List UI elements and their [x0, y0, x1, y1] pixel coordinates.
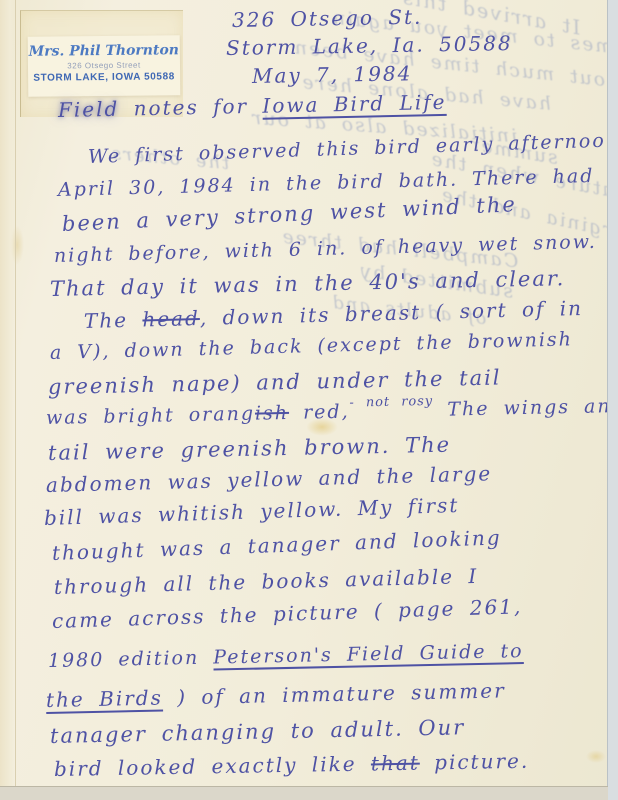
text-segment: picture.	[420, 749, 530, 775]
label-name: Mrs. Phil Thornton	[28, 42, 180, 60]
letter-line-16: 1980 edition Peterson's Field Guide to	[48, 640, 524, 672]
letter-line-10: tail were greenish brown. The	[48, 433, 452, 465]
text-segment: was bright orang	[46, 403, 255, 429]
address-line-1: 326 Otsego St.	[232, 5, 423, 32]
letter-scan: It arrived thismany times to meet you ag…	[0, 0, 618, 800]
text-segment: ) of an immature summer	[163, 678, 506, 709]
text-segment: greenish nape) and under the tail	[48, 366, 502, 399]
letter-line-13: thought was a tanager and looking	[52, 525, 502, 565]
address-line-2: Storm Lake, Ia. 50588	[226, 31, 513, 60]
text-segment: - not rosy	[349, 394, 433, 411]
text-segment: Peterson's Field Guide to	[213, 640, 524, 668]
page-edge-left	[0, 0, 16, 800]
letter-line-12: bill was whitish yellow. My first	[44, 493, 460, 530]
text-segment: tanager changing to adult. Our	[50, 715, 466, 748]
text-segment: bird looked exactly like	[54, 751, 371, 781]
text-segment: came across the picture ( page 261,	[52, 594, 523, 633]
paper-stain	[586, 750, 606, 763]
letter-line-17: the Birds ) of an immature summer	[46, 678, 506, 712]
text-segment: that	[371, 751, 420, 776]
label-city: STORM LAKE, IOWA 50588	[28, 71, 180, 84]
text-segment: Iowa Bird Life	[262, 90, 447, 118]
letter-line-14: through all the books available I	[54, 564, 479, 599]
letter-line-11: abdomen was yellow and the large	[46, 461, 493, 497]
text-segment: through all the books available I	[54, 564, 479, 599]
text-segment: red,	[289, 401, 350, 424]
text-segment: ish	[255, 402, 290, 425]
text-segment: The wings and	[433, 395, 618, 421]
text-segment: thought was a tanager and looking	[52, 525, 502, 565]
text-segment: the Birds	[46, 686, 163, 712]
text-segment: a V), down the back (except the brownish	[50, 328, 573, 364]
text-segment: tail were greenish brown. The	[48, 433, 452, 465]
text-segment: 1980 edition	[48, 647, 214, 672]
return-address-label: Mrs. Phil Thornton 326 Otsego Street STO…	[28, 35, 181, 97]
text-segment: , down its breast ( sort of in	[200, 296, 584, 330]
letter-line-15: came across the picture ( page 261,	[52, 594, 523, 633]
date-line: May 7, 1984	[252, 61, 413, 88]
text-segment: Field	[58, 97, 120, 122]
text-segment: abdomen was yellow and the large	[46, 461, 493, 497]
letter-line-19: bird looked exactly like that picture.	[54, 749, 530, 781]
letter-line-9: was bright orangish red,- not rosy The w…	[46, 395, 618, 429]
scanner-edge-right	[607, 0, 618, 800]
text-segment: notes for	[119, 94, 263, 121]
text-segment: bill was whitish yellow. My first	[44, 493, 460, 530]
scanner-edge-bottom	[0, 786, 608, 800]
letter-line-8: greenish nape) and under the tail	[48, 366, 502, 399]
letter-line-18: tanager changing to adult. Our	[50, 715, 466, 748]
text-segment: The	[84, 307, 143, 333]
text-segment: head	[142, 306, 200, 331]
letter-line-7: a V), down the back (except the brownish	[50, 328, 573, 364]
letter-line-6: The head, down its breast ( sort of in	[84, 296, 584, 333]
label-street: 326 Otsego Street	[28, 60, 180, 71]
